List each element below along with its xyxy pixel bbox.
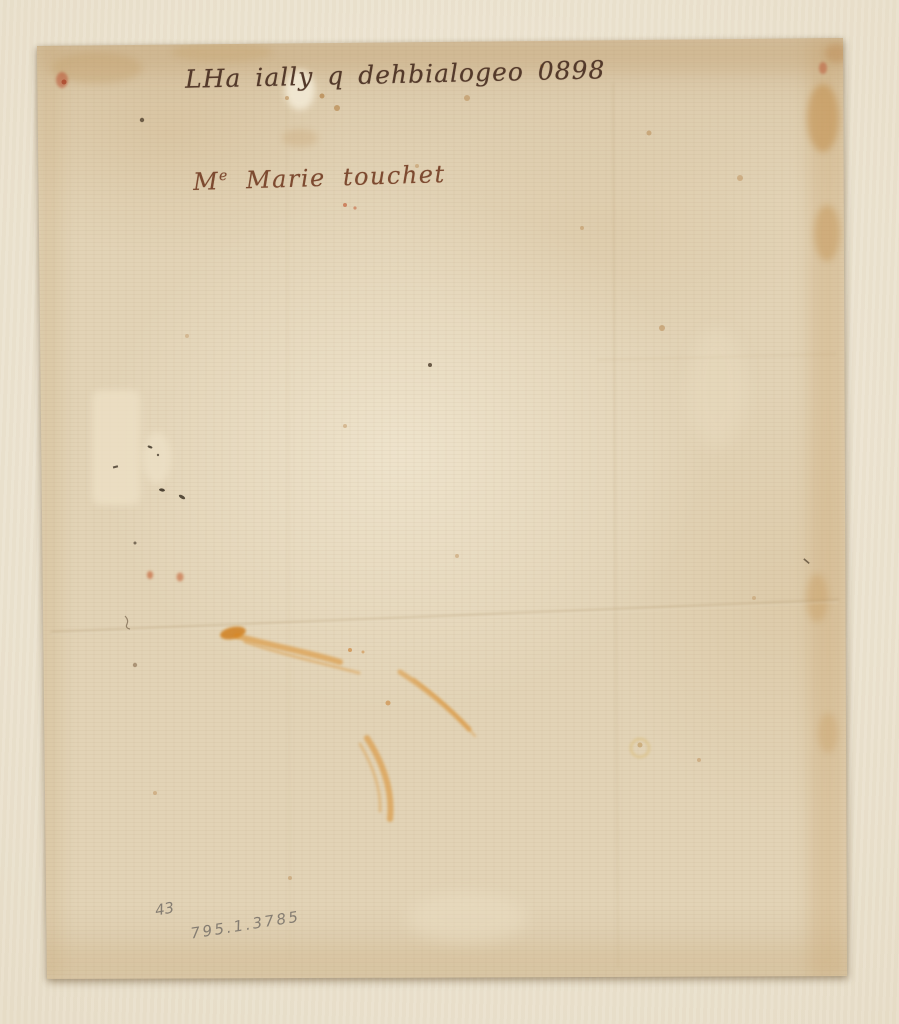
name-superscript: e — [219, 168, 229, 184]
chalk-marks — [219, 624, 475, 819]
pencil-number: 43 — [154, 898, 176, 919]
name-prefix: M — [193, 167, 220, 196]
light-patches — [92, 70, 747, 943]
creases — [51, 83, 839, 968]
paper-sheet: LHa ially q dehbialogeo 0898 Me Marie to… — [37, 38, 847, 979]
paper-surface: LHa ially q dehbialogeo 0898 Me Marie to… — [37, 38, 847, 979]
mat-background: LHa ially q dehbialogeo 0898 Me Marie to… — [0, 0, 899, 1024]
